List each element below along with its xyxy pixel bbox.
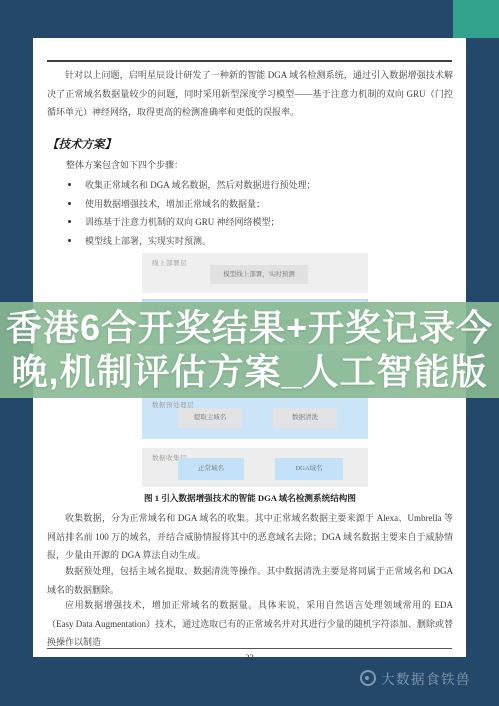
diagram-box: DGA域名	[275, 458, 343, 480]
diagram-box: 正常域名	[178, 458, 244, 480]
bullet-icon	[68, 239, 71, 242]
step-text: 收集正常域名和 DGA 域名数据，然后对数据进行预处理；	[85, 180, 316, 190]
step-text: 训练基于注意力机制的双向 GRU 神经网络模型；	[85, 217, 280, 227]
diagram-box: 提取主域名	[178, 408, 242, 428]
steps-list: 收集正常域名和 DGA 域名数据，然后对数据进行预处理； 使用数据增强技术，增加…	[66, 177, 446, 251]
list-item: 模型线上部署，实现实时预测。	[66, 233, 446, 252]
diagram-row-deployment: 线上部署层 模型线上部署，实时预测	[142, 253, 368, 293]
spam-overlay-banner: 香港6合开奖结果+开奖记录今 晚,机制评估方案_人工智能版	[0, 302, 499, 398]
list-item: 训练基于注意力机制的双向 GRU 神经网络模型；	[66, 214, 446, 233]
row-label: 线上部署层	[152, 258, 187, 267]
panda-logo-icon	[360, 670, 376, 686]
page-number: 22	[47, 652, 452, 662]
article-screenshot: 针对以上问题，启明星辰设计研发了一种新的智能 DGA 域名检测系统，通过引入数据…	[0, 0, 499, 706]
section-heading: 【技术方案】	[47, 136, 116, 152]
diagram-box: 数据清洗	[273, 408, 337, 428]
preprocessing-paragraph: 数据预处理，包括主域名提取、数据清洗等操作。其中数据清洗主要是将同属于正常域名和…	[47, 562, 453, 599]
header-rule	[47, 60, 452, 62]
diagram-row-preprocessing: 数据预处理层 提取主域名 数据清洗	[142, 395, 368, 439]
step-text: 使用数据增强技术，增加正常域名的数据量；	[85, 199, 265, 209]
bullet-icon	[68, 220, 71, 223]
watermark: 大数据食铁兽	[360, 668, 471, 688]
overlay-text-line: 香港6合开奖结果+开奖记录今	[0, 306, 499, 350]
step-text: 模型线上部署，实现实时预测。	[85, 236, 211, 246]
list-item: 收集正常域名和 DGA 域名数据，然后对数据进行预处理；	[66, 177, 446, 196]
watermark-text: 大数据食铁兽	[381, 668, 471, 688]
teal-corner-accent	[453, 0, 499, 38]
steps-intro: 整体方案包含如下四个步骤：	[66, 158, 183, 171]
intro-paragraph: 针对以上问题，启明星辰设计研发了一种新的智能 DGA 域名检测系统，通过引入数据…	[47, 66, 453, 122]
overlay-text-line: 晚,机制评估方案_人工智能版	[0, 350, 499, 394]
list-item: 使用数据增强技术，增加正常域名的数据量；	[66, 196, 446, 215]
diagram-row-collection: 数据收集层 正常域名 DGA域名	[142, 448, 368, 487]
bullet-icon	[68, 183, 71, 186]
bullet-icon	[68, 202, 71, 205]
diagram-box: 模型线上部署，实时预测	[210, 265, 308, 284]
footer-rule	[47, 648, 452, 649]
augmentation-paragraph: 应用数据增强技术，增加正常域名的数据量。具体来说，采用自然语言处理领域常用的 E…	[47, 596, 453, 652]
figure-caption: 图 1 引入数据增强技术的智能 DGA 域名检测系统结构图	[47, 492, 453, 504]
data-collection-paragraph: 收集数据，分为正常域名和 DGA 域名的收集。其中正常域名数据主要来源于 Ale…	[47, 509, 453, 565]
